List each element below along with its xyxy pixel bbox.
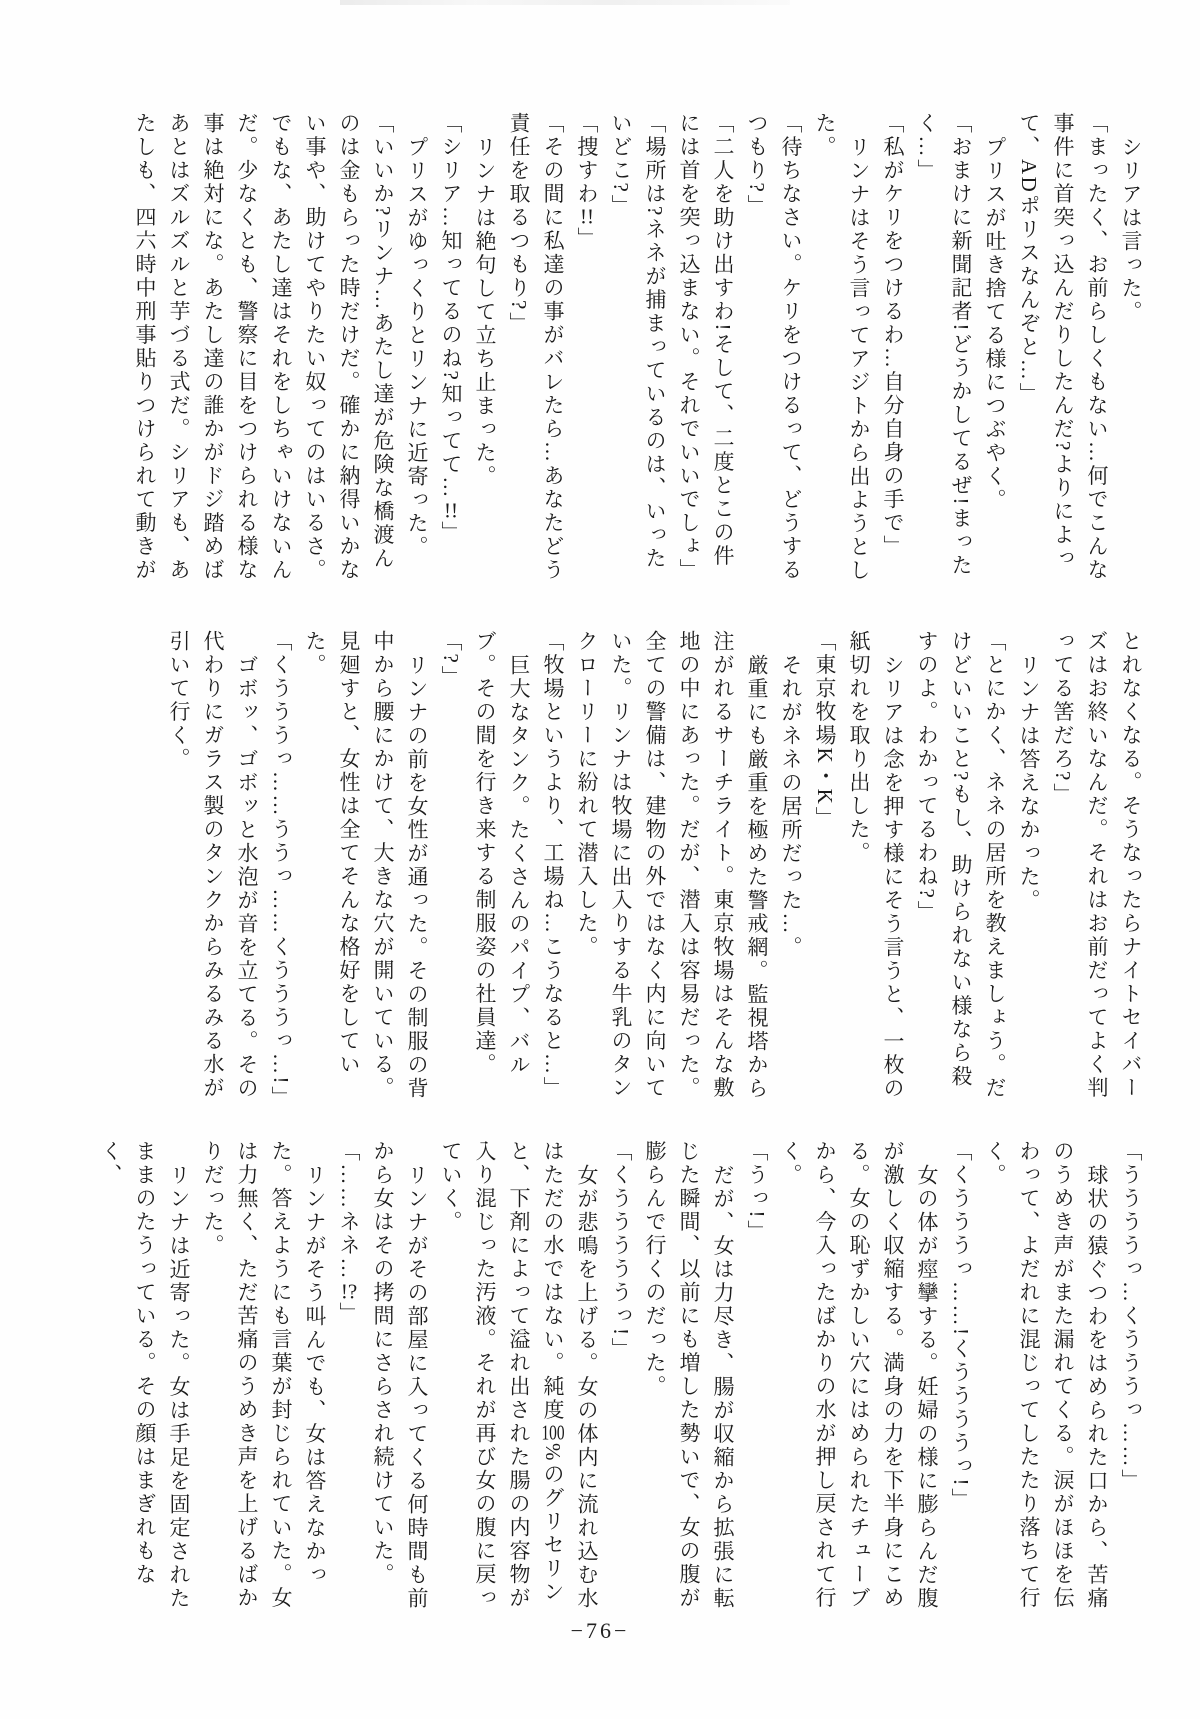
paragraph: リンナは絶句して立ち止まった。 [468,112,502,588]
paragraph: 「くうううううっ!」 [604,1140,638,1616]
paragraph: 「おまけに新聞記者!どうかしてるぜ!まったく…」 [910,112,978,588]
paragraph: リンナはそう言ってアジトから出ようとした。 [808,112,876,588]
paragraph: シリアは念を押す様にそう言うと、一枚の紙切れを取り出した。 [842,630,910,1106]
paragraph: 「牧場というより、工場ね…こうなると…」 [536,630,570,1106]
paragraph: 「ううううっ…くうううっ……」 [1114,1140,1148,1616]
paragraph: プリスが吐き捨てる様につぶやく。 [978,112,1012,588]
paragraph: リンナがそう叫んでも、女は答えなかった。答えようにも言葉が封じられていた。女は力… [196,1140,332,1616]
paragraph: 女が悲鳴を上げる。女の体内に流れ込む水はただの水ではない。純度100%のグリセリ… [434,1140,604,1616]
paragraph: 球状の猿ぐつわをはめられた口から、苦痛のうめき声がまた漏れてくる。涙がほほを伝わ… [978,1140,1114,1616]
paragraph: 「とにかく、ネネの居所を教えましょう。だけどいいこと?もし、助けられない様なら殺… [910,630,1012,1106]
scan-artifact [340,0,790,5]
paragraph: 「待ちなさい。ケリをつけるって、どうするつもり?」 [740,112,808,588]
paragraph: 女の体が痙攣する。妊婦の様に膨らんだ腹が激しく収縮する。満身の力を下半身にこめる… [774,1140,944,1616]
text-band-bottom: 「ううううっ…くうううっ……」 球状の猿ぐつわをはめられた口から、苦痛のうめき声… [48,1140,1148,1616]
paragraph: とれなくなる。そうなったらナイトセイバーズはお終いなんだ。それはお前だってよく判… [1046,630,1148,1106]
paragraph: 「……ネネ…!?」 [332,1140,366,1616]
text-band-middle: とれなくなる。そうなったらナイトセイバーズはお終いなんだ。それはお前だってよく判… [48,630,1148,1106]
paragraph: 「いいか?リンナ…あたし達が危険な橋渡んのは金もらった時だけだ。確かに納得いかな… [128,112,400,588]
paragraph: 巨大なタンク。たくさんのパイプ、バルブ。その間を行き来する制服姿の社員達。 [468,630,536,1106]
paragraph: 「?」 [434,630,468,1106]
paragraph: 「まったく、お前らしくもない…何でこんな事件に首突っ込んだりしたんだ?よりによっ… [1012,112,1114,588]
paragraph: だが、女は力尽き、腸が収縮から拡張に転じた瞬間、以前にも増した勢いで、女の腹が膨… [638,1140,740,1616]
paragraph: リンナがその部屋に入ってくる何時間も前から女はその拷問にさらされ続けていた。 [366,1140,434,1616]
paragraph: 「二人を助け出すわ!そして、二度とこの件には首を突っ込まない。それでいいでしょ」 [672,112,740,588]
paragraph: シリアは言った。 [1114,112,1148,588]
paragraph: プリスがゆっくりとリンナに近寄った。 [400,112,434,588]
paragraph: リンナの前を女性が通った。その制服の背中から腰にかけて、大きな穴が開いている。見… [298,630,434,1106]
paragraph: リンナは答えなかった。 [1012,630,1046,1106]
paragraph: それがネネの居所だった…。 [774,630,808,1106]
page-number: −76− [0,1618,1200,1644]
paragraph: 「場所は?ネネが捕まっているのは、いったいどこ?」 [604,112,672,588]
paragraph: 厳重にも厳重を極めた警戒網。監視塔から注がれるサーチライト。東京牧場はそんな敷地… [570,630,774,1106]
paragraph: 「私がケリをつけるわ…自分自身の手で」 [876,112,910,588]
paragraph: 「東京牧場K・K」 [808,630,842,1106]
paragraph: ゴボッ、ゴボッと水泡が音を立てる。その代わりにガラス製のタンクからみるみる水が引… [162,630,264,1106]
paragraph: 「くうううっ……ううっ……くうううっ…!」 [264,630,298,1106]
paragraph: 「その間に私達の事がバレたら…あなたどう責任を取るつもり?」 [502,112,570,588]
text-band-top: シリアは言った。 「まったく、お前らしくもない…何でこんな事件に首突っ込んだりし… [48,112,1148,588]
paragraph: 「捜すわ!!」 [570,112,604,588]
scanned-novel-page: { "page": { "background_color": "#fefefe… [0,0,1200,1719]
paragraph: 「うっ!」 [740,1140,774,1616]
paragraph: 「シリア…知ってるのね?知ってて…!!」 [434,112,468,588]
paragraph: リンナは近寄った。女は手足を固定されたままのたうっている。その顔はまぎれもなく、 [94,1140,196,1616]
paragraph: 「くうううっ……!くううううっ!」 [944,1140,978,1616]
